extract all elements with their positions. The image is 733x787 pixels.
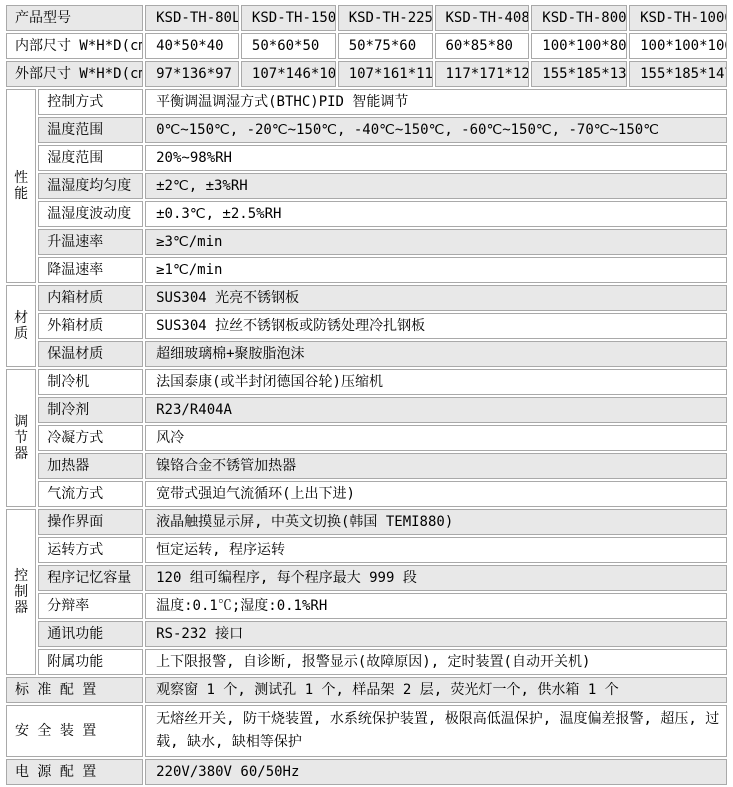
- row-value: 恒定运转, 程序运转: [145, 537, 727, 563]
- dimension-value: 97*136*97: [145, 61, 239, 87]
- dimension-value: 100*100*80: [531, 33, 627, 59]
- dimension-value: 100*100*100: [629, 33, 727, 59]
- group-label-regulator: 调节器: [6, 369, 36, 507]
- row-label: 外部尺寸 W*H*D(cm): [6, 61, 143, 87]
- row-value: ≥1℃/min: [145, 257, 727, 283]
- row-label: 湿度范围: [38, 145, 143, 171]
- row-label: 分辩率: [38, 593, 143, 619]
- spec-row: 控制器 操作界面 液晶触摸显示屏, 中英文切换(韩国 TEMI880): [6, 509, 727, 535]
- group-label-controller: 控制器: [6, 509, 36, 675]
- row-value: 无熔丝开关, 防干烧装置, 水系统保护装置, 极限高低温保护, 温度偏差报警, …: [145, 705, 727, 757]
- row-label: 安 全 装 置: [6, 705, 143, 757]
- row-label: 温度范围: [38, 117, 143, 143]
- row-value: 温度:0.1℃;湿度:0.1%RH: [145, 593, 727, 619]
- row-value: 风冷: [145, 425, 727, 451]
- spec-row: 程序记忆容量 120 组可编程序, 每个程序最大 999 段: [6, 565, 727, 591]
- model-name: KSD-TH-150L: [241, 5, 336, 31]
- group-label-performance: 性能: [6, 89, 36, 283]
- power-config-row: 电 源 配 置 220V/380V 60/50Hz: [6, 759, 727, 785]
- row-value: 0℃~150℃, -20℃~150℃, -40℃~150℃, -60℃~150℃…: [145, 117, 727, 143]
- row-value: ±2℃, ±3%RH: [145, 173, 727, 199]
- row-value: SUS304 拉丝不锈钢板或防锈处理冷扎钢板: [145, 313, 727, 339]
- row-label: 程序记忆容量: [38, 565, 143, 591]
- dimension-value: 50*60*50: [241, 33, 336, 59]
- spec-row: 气流方式 宽带式强迫气流循环(上出下进): [6, 481, 727, 507]
- dimension-value: 155*185*130: [531, 61, 627, 87]
- spec-row: 保温材质 超细玻璃棉+聚胺脂泡沫: [6, 341, 727, 367]
- row-label: 运转方式: [38, 537, 143, 563]
- model-name: KSD-TH-225L: [338, 5, 433, 31]
- row-value: ±0.3℃, ±2.5%RH: [145, 201, 727, 227]
- spec-row: 温湿度波动度 ±0.3℃, ±2.5%RH: [6, 201, 727, 227]
- row-value: SUS304 光亮不锈钢板: [145, 285, 727, 311]
- row-value: 液晶触摸显示屏, 中英文切换(韩国 TEMI880): [145, 509, 727, 535]
- dimension-value: 107*146*107: [241, 61, 336, 87]
- row-label: 通讯功能: [38, 621, 143, 647]
- model-name: KSD-TH-800L: [531, 5, 627, 31]
- safety-devices-row: 安 全 装 置 无熔丝开关, 防干烧装置, 水系统保护装置, 极限高低温保护, …: [6, 705, 727, 757]
- row-value: 镍铬合金不锈管加热器: [145, 453, 727, 479]
- spec-row: 加热器 镍铬合金不锈管加热器: [6, 453, 727, 479]
- row-value: ≥3℃/min: [145, 229, 727, 255]
- outer-dimensions-row: 外部尺寸 W*H*D(cm) 97*136*97 107*146*107 107…: [6, 61, 727, 87]
- dimension-value: 40*50*40: [145, 33, 239, 59]
- model-name: KSD-TH-408L: [435, 5, 530, 31]
- row-label: 降温速率: [38, 257, 143, 283]
- row-label: 温湿度均匀度: [38, 173, 143, 199]
- row-label: 升温速率: [38, 229, 143, 255]
- spec-row: 冷凝方式 风冷: [6, 425, 727, 451]
- dimension-value: 155*185*147: [629, 61, 727, 87]
- row-value: 法国泰康(或半封闭德国谷轮)压缩机: [145, 369, 727, 395]
- spec-row: 附属功能 上下限报警, 自诊断, 报警显示(故障原因), 定时装置(自动开关机): [6, 649, 727, 675]
- spec-row: 分辩率 温度:0.1℃;湿度:0.1%RH: [6, 593, 727, 619]
- spec-row: 材质 内箱材质 SUS304 光亮不锈钢板: [6, 285, 727, 311]
- dimension-value: 107*161*117: [338, 61, 433, 87]
- row-value: 观察窗 1 个, 测试孔 1 个, 样品架 2 层, 荧光灯一个, 供水箱 1 …: [145, 677, 727, 703]
- row-label: 保温材质: [38, 341, 143, 367]
- row-label: 附属功能: [38, 649, 143, 675]
- spec-row: 制冷剂 R23/R404A: [6, 397, 727, 423]
- standard-config-row: 标 准 配 置 观察窗 1 个, 测试孔 1 个, 样品架 2 层, 荧光灯一个…: [6, 677, 727, 703]
- spec-row: 温度范围 0℃~150℃, -20℃~150℃, -40℃~150℃, -60℃…: [6, 117, 727, 143]
- group-label-materials: 材质: [6, 285, 36, 367]
- row-label: 制冷机: [38, 369, 143, 395]
- inner-dimensions-row: 内部尺寸 W*H*D(cm) 40*50*40 50*60*50 50*75*6…: [6, 33, 727, 59]
- spec-row: 调节器 制冷机 法国泰康(或半封闭德国谷轮)压缩机: [6, 369, 727, 395]
- row-value: 上下限报警, 自诊断, 报警显示(故障原因), 定时装置(自动开关机): [145, 649, 727, 675]
- dimension-value: 50*75*60: [338, 33, 433, 59]
- row-value: 平衡调温调湿方式(BTHC)PID 智能调节: [145, 89, 727, 115]
- row-value: R23/R404A: [145, 397, 727, 423]
- spec-row: 湿度范围 20%~98%RH: [6, 145, 727, 171]
- row-label: 气流方式: [38, 481, 143, 507]
- row-label: 冷凝方式: [38, 425, 143, 451]
- row-value: 120 组可编程序, 每个程序最大 999 段: [145, 565, 727, 591]
- product-spec-table: 产品型号 KSD-TH-80L KSD-TH-150L KSD-TH-225L …: [4, 3, 729, 787]
- row-value: 宽带式强迫气流循环(上出下进): [145, 481, 727, 507]
- dimension-value: 60*85*80: [435, 33, 530, 59]
- row-label: 加热器: [38, 453, 143, 479]
- spec-row: 降温速率 ≥1℃/min: [6, 257, 727, 283]
- row-value: 20%~98%RH: [145, 145, 727, 171]
- spec-row: 升温速率 ≥3℃/min: [6, 229, 727, 255]
- header-row: 产品型号 KSD-TH-80L KSD-TH-150L KSD-TH-225L …: [6, 5, 727, 31]
- row-label: 标 准 配 置: [6, 677, 143, 703]
- spec-row: 运转方式 恒定运转, 程序运转: [6, 537, 727, 563]
- spec-row: 温湿度均匀度 ±2℃, ±3%RH: [6, 173, 727, 199]
- dimension-value: 117*171*127: [435, 61, 530, 87]
- spec-row: 外箱材质 SUS304 拉丝不锈钢板或防锈处理冷扎钢板: [6, 313, 727, 339]
- row-value: 220V/380V 60/50Hz: [145, 759, 727, 785]
- spec-row: 通讯功能 RS-232 接口: [6, 621, 727, 647]
- row-value: RS-232 接口: [145, 621, 727, 647]
- model-name: KSD-TH-1000L: [629, 5, 727, 31]
- row-label: 操作界面: [38, 509, 143, 535]
- row-label: 电 源 配 置: [6, 759, 143, 785]
- model-name: KSD-TH-80L: [145, 5, 239, 31]
- row-label: 内箱材质: [38, 285, 143, 311]
- row-label: 内部尺寸 W*H*D(cm): [6, 33, 143, 59]
- row-value: 超细玻璃棉+聚胺脂泡沫: [145, 341, 727, 367]
- spec-row: 性能 控制方式 平衡调温调湿方式(BTHC)PID 智能调节: [6, 89, 727, 115]
- row-label: 外箱材质: [38, 313, 143, 339]
- row-label: 温湿度波动度: [38, 201, 143, 227]
- row-label: 控制方式: [38, 89, 143, 115]
- header-label: 产品型号: [6, 5, 143, 31]
- row-label: 制冷剂: [38, 397, 143, 423]
